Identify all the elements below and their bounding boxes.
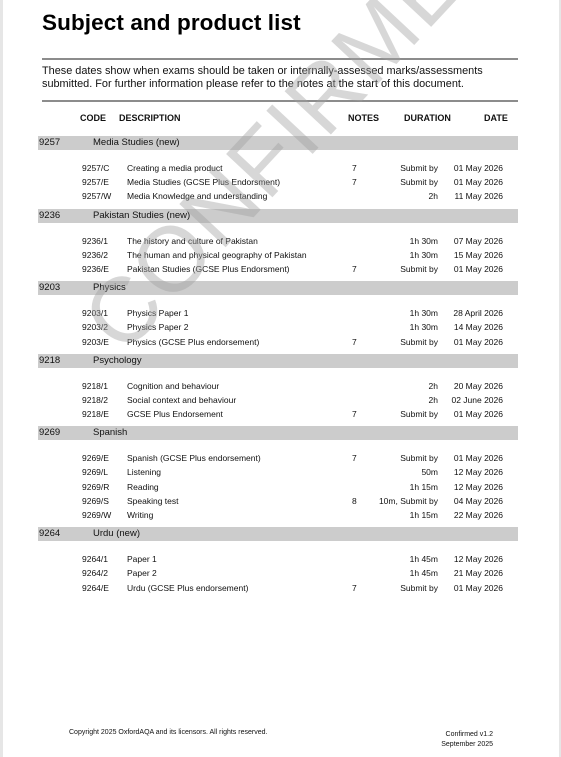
row-date: 12 May 2026	[454, 465, 503, 479]
table-row: 9269/RReading1h 15m12 May 2026	[3, 480, 559, 494]
row-duration: 2h	[429, 189, 438, 203]
row-code: 9269/R	[82, 480, 109, 494]
section-header: 9257Media Studies (new)	[38, 136, 518, 150]
row-code: 9269/E	[82, 451, 109, 465]
section-code: 9269	[39, 426, 60, 440]
row-description: Pakistan Studies (GCSE Plus Endorsment)	[127, 262, 290, 276]
document-page: Subject and product list These dates sho…	[3, 0, 559, 757]
row-notes: 8	[352, 494, 357, 508]
divider-bottom	[42, 100, 518, 102]
row-duration: 1h 15m	[410, 480, 438, 494]
section-header: 9218Psychology	[38, 354, 518, 368]
row-code: 9236/2	[82, 248, 108, 262]
row-duration: Submit by	[400, 161, 438, 175]
row-duration: 1h 15m	[410, 508, 438, 522]
row-duration: 1h 30m	[410, 248, 438, 262]
row-date: 04 May 2026	[454, 494, 503, 508]
row-date: 15 May 2026	[454, 248, 503, 262]
table-row: 9218/2Social context and behaviour2h02 J…	[3, 393, 559, 407]
row-duration: Submit by	[400, 581, 438, 595]
row-description: Media Studies (GCSE Plus Endorsment)	[127, 175, 280, 189]
row-code: 9218/E	[82, 407, 109, 421]
row-description: The history and culture of Pakistan	[127, 234, 258, 248]
row-description: Paper 2	[127, 566, 157, 580]
row-date: 12 May 2026	[454, 480, 503, 494]
table-row: 9264/1Paper 11h 45m12 May 2026	[3, 552, 559, 566]
row-date: 01 May 2026	[454, 335, 503, 349]
table-row: 9269/ESpanish (GCSE Plus endorsement)7Su…	[3, 451, 559, 465]
column-header-notes: NOTES	[348, 113, 379, 123]
section-code: 9236	[39, 209, 60, 223]
table-row: 9203/1Physics Paper 11h 30m28 April 2026	[3, 306, 559, 320]
row-date: 01 May 2026	[454, 175, 503, 189]
footer-copyright: Copyright 2025 OxfordAQA and its licenso…	[69, 729, 267, 736]
section-header: 9269Spanish	[38, 426, 518, 440]
row-date: 28 April 2026	[453, 306, 503, 320]
row-duration: 10m, Submit by	[379, 494, 438, 508]
row-duration: Submit by	[400, 262, 438, 276]
page-title: Subject and product list	[42, 10, 301, 36]
section-name: Psychology	[93, 354, 142, 368]
row-date: 07 May 2026	[454, 234, 503, 248]
table-row: 9257/WMedia Knowledge and understanding2…	[3, 189, 559, 203]
row-code: 9218/1	[82, 379, 108, 393]
row-duration: 1h 30m	[410, 306, 438, 320]
section-name: Spanish	[93, 426, 127, 440]
row-description: Physics (GCSE Plus endorsement)	[127, 335, 259, 349]
section-header: 9236Pakistan Studies (new)	[38, 209, 518, 223]
subject-section: 9257Media Studies (new)9257/CCreating a …	[3, 136, 559, 209]
row-description: Spanish (GCSE Plus endorsement)	[127, 451, 261, 465]
footer-version: Confirmed v1.2	[441, 730, 493, 740]
row-code: 9264/2	[82, 566, 108, 580]
row-date: 02 June 2026	[451, 393, 503, 407]
table-row: 9236/2The human and physical geography o…	[3, 248, 559, 262]
section-code: 9264	[39, 527, 60, 541]
section-header: 9203Physics	[38, 281, 518, 295]
table-row: 9269/SSpeaking test810m, Submit by04 May…	[3, 494, 559, 508]
row-code: 9257/C	[82, 161, 109, 175]
row-code: 9269/W	[82, 508, 111, 522]
row-description: Physics Paper 2	[127, 320, 188, 334]
row-duration: 1h 45m	[410, 552, 438, 566]
row-code: 9203/1	[82, 306, 108, 320]
row-notes: 7	[352, 262, 357, 276]
row-date: 21 May 2026	[454, 566, 503, 580]
row-description: Paper 1	[127, 552, 157, 566]
footer-date: September 2025	[441, 740, 493, 750]
section-name: Urdu (new)	[93, 527, 140, 541]
row-description: Speaking test	[127, 494, 179, 508]
divider-top	[42, 58, 518, 60]
table-row: 9264/EUrdu (GCSE Plus endorsement)7Submi…	[3, 581, 559, 595]
row-notes: 7	[352, 161, 357, 175]
row-description: Social context and behaviour	[127, 393, 236, 407]
row-description: GCSE Plus Endorsement	[127, 407, 223, 421]
row-notes: 7	[352, 407, 357, 421]
row-code: 9236/E	[82, 262, 109, 276]
row-code: 9203/2	[82, 320, 108, 334]
table-row: 9203/2Physics Paper 21h 30m14 May 2026	[3, 320, 559, 334]
row-code: 9264/1	[82, 552, 108, 566]
row-date: 22 May 2026	[454, 508, 503, 522]
column-header-description: DESCRIPTION	[119, 113, 181, 123]
row-code: 9203/E	[82, 335, 109, 349]
row-duration: 1h 30m	[410, 234, 438, 248]
row-code: 9269/S	[82, 494, 109, 508]
row-notes: 7	[352, 175, 357, 189]
row-date: 01 May 2026	[454, 451, 503, 465]
row-duration: Submit by	[400, 451, 438, 465]
subject-section: 9236Pakistan Studies (new)9236/1The hist…	[3, 209, 559, 282]
row-duration: 2h	[429, 393, 438, 407]
subject-section: 9218Psychology9218/1Cognition and behavi…	[3, 354, 559, 427]
row-date: 12 May 2026	[454, 552, 503, 566]
row-date: 20 May 2026	[454, 379, 503, 393]
column-header-code: CODE	[80, 113, 106, 123]
row-description: Reading	[127, 480, 159, 494]
subject-table: 9257Media Studies (new)9257/CCreating a …	[3, 136, 559, 600]
table-row: 9203/EPhysics (GCSE Plus endorsement)7Su…	[3, 335, 559, 349]
row-duration: 2h	[429, 379, 438, 393]
subject-section: 9264Urdu (new)9264/1Paper 11h 45m12 May …	[3, 527, 559, 600]
row-code: 9236/1	[82, 234, 108, 248]
table-row: 9236/1The history and culture of Pakista…	[3, 234, 559, 248]
row-description: Media Knowledge and understanding	[127, 189, 267, 203]
footer-version-block: Confirmed v1.2 September 2025	[441, 730, 493, 750]
section-code: 9218	[39, 354, 60, 368]
column-header-duration: DURATION	[404, 113, 451, 123]
row-duration: Submit by	[400, 335, 438, 349]
row-code: 9218/2	[82, 393, 108, 407]
row-description: Creating a media product	[127, 161, 222, 175]
table-row: 9257/CCreating a media product7Submit by…	[3, 161, 559, 175]
table-row: 9269/LListening50m12 May 2026	[3, 465, 559, 479]
section-name: Physics	[93, 281, 126, 295]
table-row: 9236/EPakistan Studies (GCSE Plus Endors…	[3, 262, 559, 276]
table-row: 9269/WWriting1h 15m22 May 2026	[3, 508, 559, 522]
row-description: The human and physical geography of Paki…	[127, 248, 307, 262]
section-code: 9257	[39, 136, 60, 150]
column-header-date: DATE	[484, 113, 508, 123]
row-description: Listening	[127, 465, 161, 479]
row-date: 01 May 2026	[454, 581, 503, 595]
row-code: 9257/E	[82, 175, 109, 189]
section-name: Media Studies (new)	[93, 136, 180, 150]
row-description: Urdu (GCSE Plus endorsement)	[127, 581, 248, 595]
subject-section: 9269Spanish9269/ESpanish (GCSE Plus endo…	[3, 426, 559, 527]
row-description: Physics Paper 1	[127, 306, 188, 320]
row-notes: 7	[352, 451, 357, 465]
row-duration: 50m	[421, 465, 438, 479]
row-duration: 1h 30m	[410, 320, 438, 334]
row-date: 11 May 2026	[454, 189, 503, 203]
row-date: 01 May 2026	[454, 161, 503, 175]
table-row: 9264/2Paper 21h 45m21 May 2026	[3, 566, 559, 580]
subject-section: 9203Physics9203/1Physics Paper 11h 30m28…	[3, 281, 559, 354]
section-header: 9264Urdu (new)	[38, 527, 518, 541]
intro-text: These dates show when exams should be ta…	[42, 65, 522, 91]
row-code: 9264/E	[82, 581, 109, 595]
row-date: 14 May 2026	[454, 320, 503, 334]
section-name: Pakistan Studies (new)	[93, 209, 190, 223]
row-duration: Submit by	[400, 175, 438, 189]
table-row: 9218/1Cognition and behaviour2h20 May 20…	[3, 379, 559, 393]
row-duration: Submit by	[400, 407, 438, 421]
row-notes: 7	[352, 335, 357, 349]
section-code: 9203	[39, 281, 60, 295]
table-row: 9218/EGCSE Plus Endorsement7Submit by01 …	[3, 407, 559, 421]
row-code: 9257/W	[82, 189, 111, 203]
row-date: 01 May 2026	[454, 407, 503, 421]
row-description: Writing	[127, 508, 153, 522]
row-code: 9269/L	[82, 465, 108, 479]
row-description: Cognition and behaviour	[127, 379, 219, 393]
row-date: 01 May 2026	[454, 262, 503, 276]
table-row: 9257/EMedia Studies (GCSE Plus Endorsmen…	[3, 175, 559, 189]
row-duration: 1h 45m	[410, 566, 438, 580]
row-notes: 7	[352, 581, 357, 595]
